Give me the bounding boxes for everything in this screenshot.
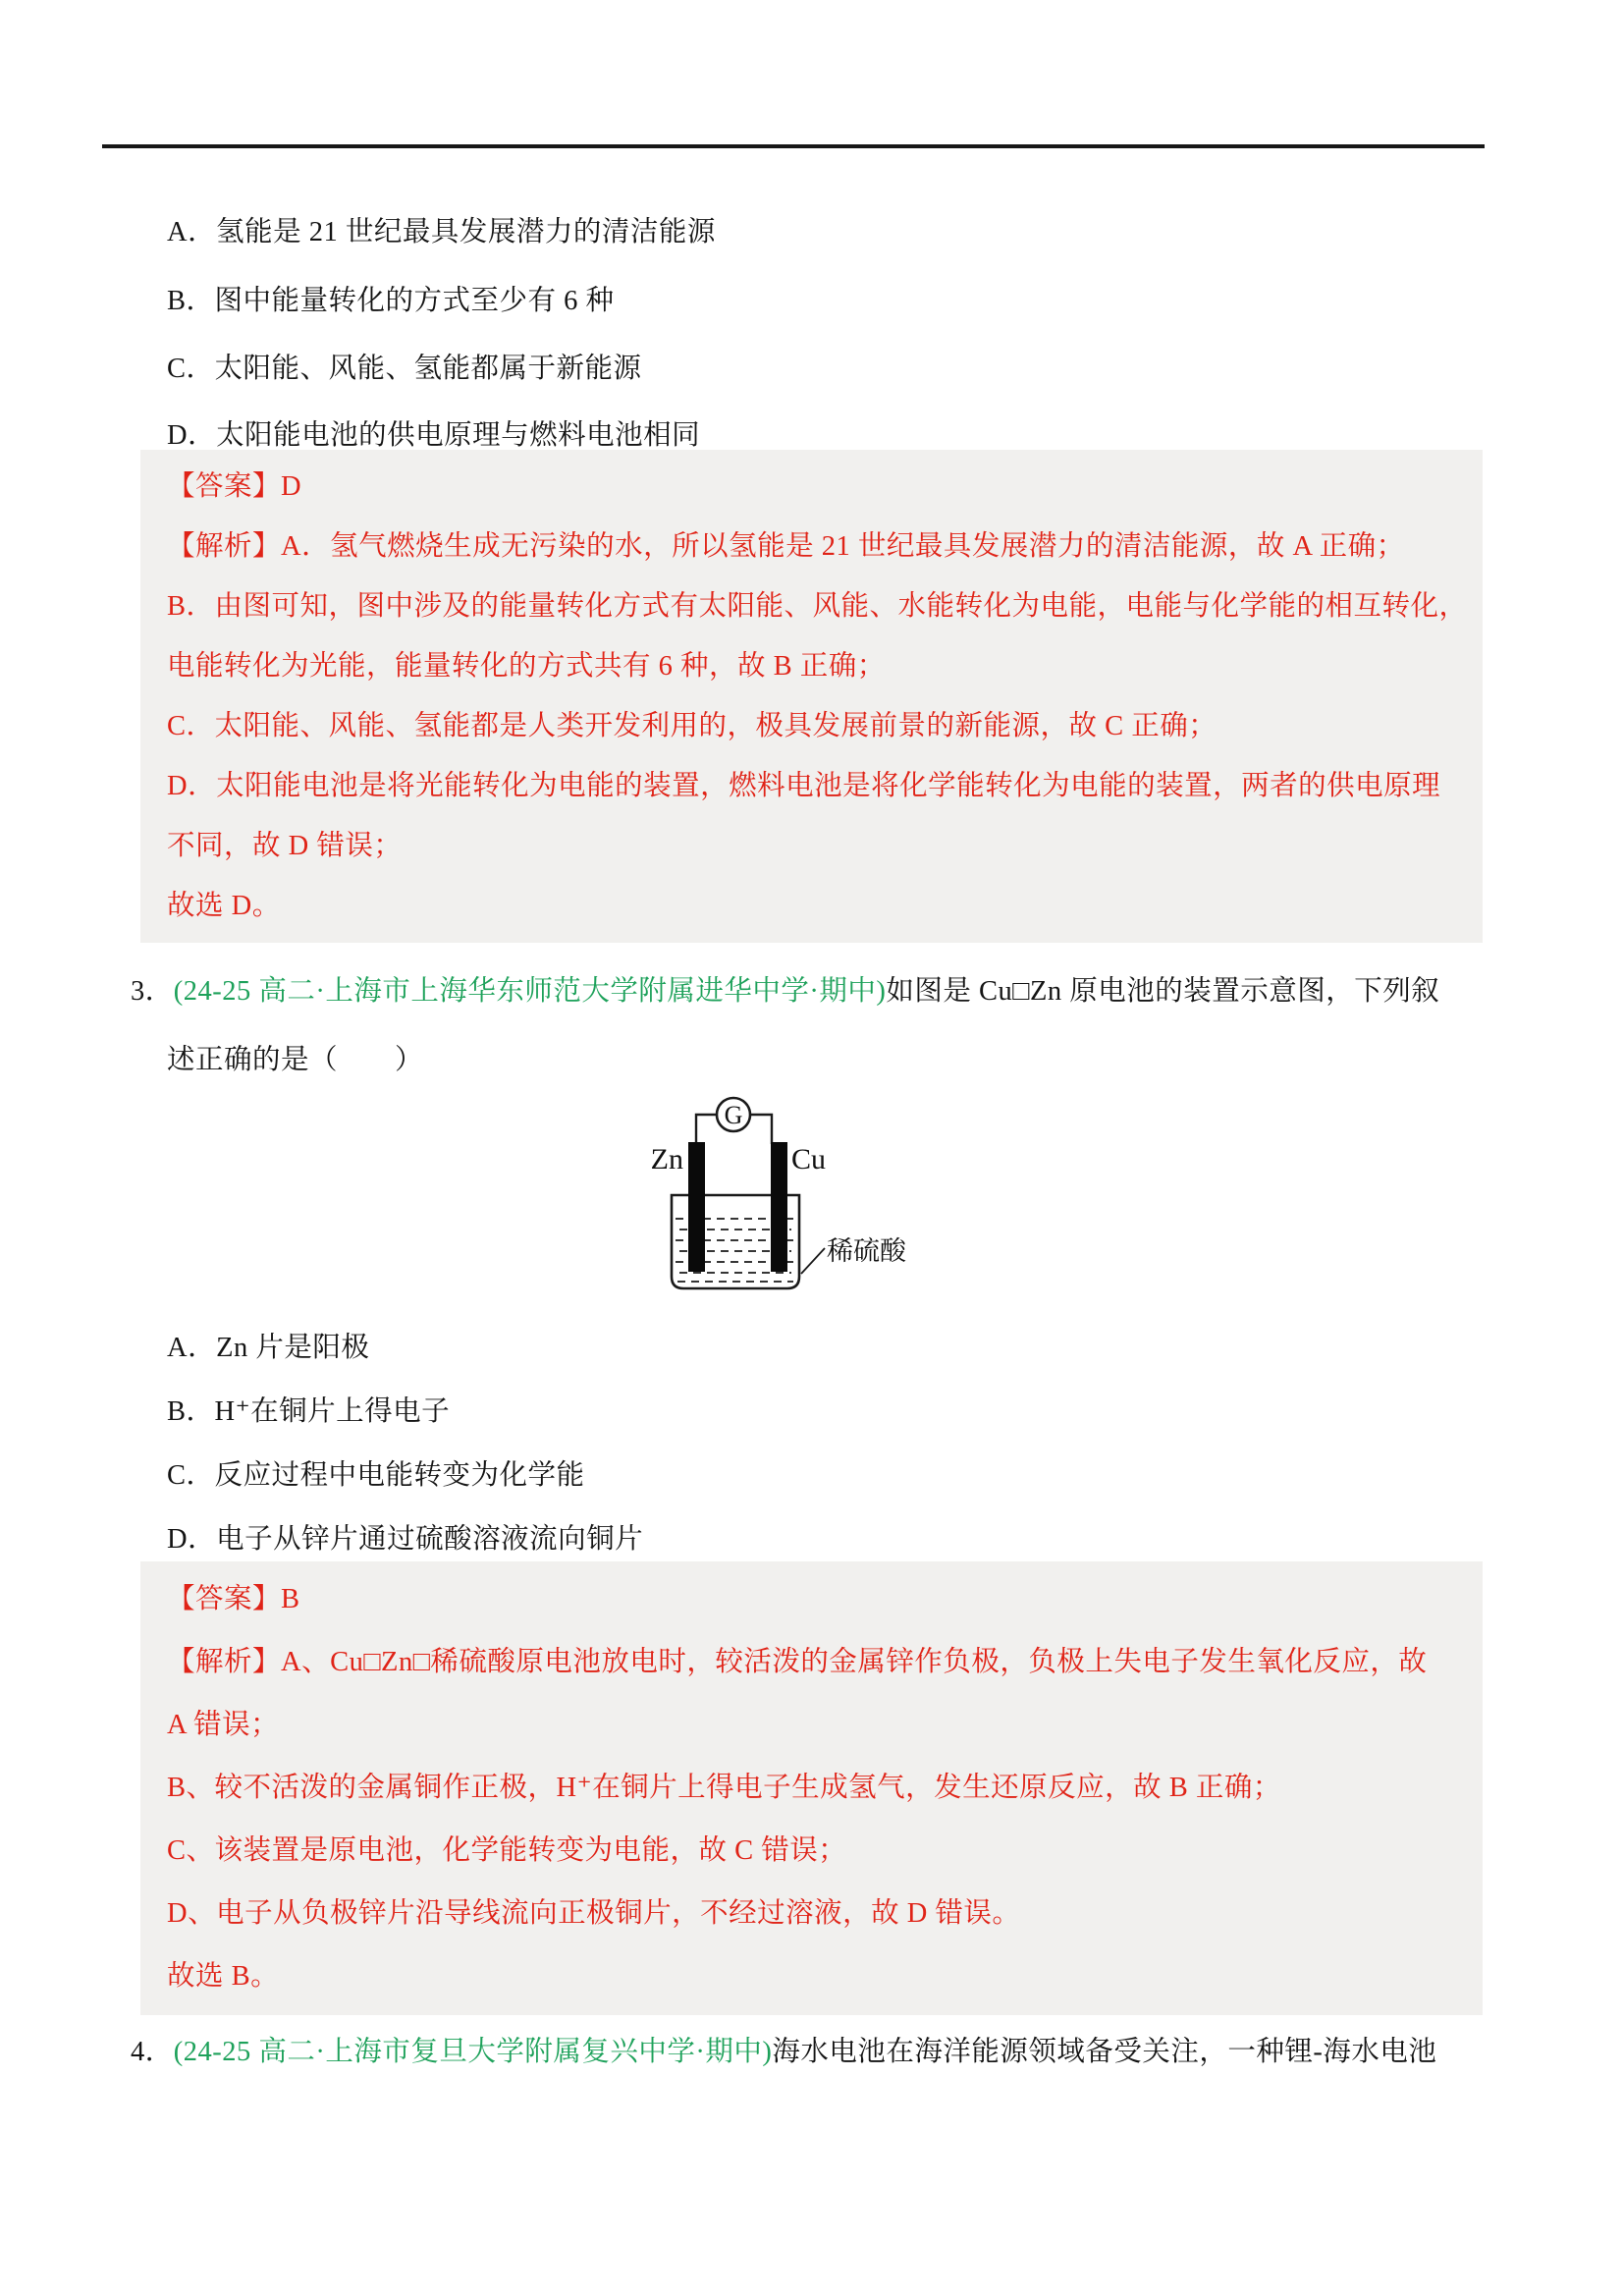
cu-electrode-label: Cu xyxy=(791,1143,826,1175)
q2-option-b: B．图中能量转化的方式至少有 6 种 xyxy=(167,282,615,321)
zn-electrode xyxy=(688,1142,705,1272)
solution-label: 稀硫酸 xyxy=(827,1236,907,1266)
q3-answer-line: 【答案】B xyxy=(140,1568,1483,1631)
q2-analysis-line: 电能转化为光能，能量转化的方式共有 6 种，故 B 正确； xyxy=(140,636,1483,696)
left-wire xyxy=(696,1115,717,1144)
q2-option-a: A．氢能是 21 世纪最具发展潜力的清洁能源 xyxy=(167,213,716,252)
q2-answer-block: 【答案】D 【解析】A．氢气燃烧生成无污染的水，所以氢能是 21 世纪最具发展潜… xyxy=(140,450,1483,943)
q2-analysis-line: 故选 D。 xyxy=(140,876,1483,936)
q3-analysis-line: 【解析】A、Cu□Zn□稀硫酸原电池放电时，较活泼的金属锌作负极，负极上失电子发… xyxy=(140,1631,1483,1694)
q2-analysis-line: B．由图可知，图中涉及的能量转化方式有太阳能、风能、水能转化为电能，电能与化学能… xyxy=(140,576,1483,636)
q3-stem-line1: 3．(24-25 高二·上海市上海华东师范大学附属进华中学·期中)如图是 Cu□… xyxy=(131,972,1439,1011)
cu-electrode xyxy=(771,1142,787,1272)
galvanic-cell-diagram: G Zn Cu 稀硫酸 xyxy=(589,1075,1001,1306)
q2-analysis-line: 【解析】A．氢气燃烧生成无污染的水，所以氢能是 21 世纪最具发展潜力的清洁能源… xyxy=(140,517,1483,576)
q2-answer-line: 【答案】D xyxy=(140,457,1483,517)
galvanometer-label: G xyxy=(725,1101,743,1129)
q3-stem-text: 如图是 Cu□Zn 原电池的装置示意图，下列叙 xyxy=(886,976,1439,1007)
q3-stem-line2: 述正确的是（ ） xyxy=(167,1041,423,1080)
q4-number: 4． xyxy=(131,2033,174,2072)
q4-stem-text: 海水电池在海洋能源领域备受关注，一种锂-海水电池 xyxy=(772,2037,1436,2067)
zn-electrode-label: Zn xyxy=(651,1143,683,1175)
document-page: A．氢能是 21 世纪最具发展潜力的清洁能源 B．图中能量转化的方式至少有 6 … xyxy=(0,0,1623,2296)
q4-source-citation: (24-25 高二·上海市复旦大学附属复兴中学·期中) xyxy=(174,2037,773,2067)
q2-analysis-line: C．太阳能、风能、氢能都是人类开发利用的，极具发展前景的新能源，故 C 正确； xyxy=(140,696,1483,756)
header-divider xyxy=(102,144,1485,148)
solution-pointer-line xyxy=(801,1248,825,1274)
q3-analysis-line: D、电子从负极锌片沿导线流向正极铜片，不经过溶液，故 D 错误。 xyxy=(140,1883,1483,1945)
q3-source-citation: (24-25 高二·上海市上海华东师范大学附属进华中学·期中) xyxy=(174,976,887,1007)
q3-option-a: A．Zn 片是阳极 xyxy=(167,1329,369,1368)
right-wire xyxy=(750,1115,772,1144)
q3-answer-block: 【答案】B 【解析】A、Cu□Zn□稀硫酸原电池放电时，较活泼的金属锌作负极，负… xyxy=(140,1561,1483,2015)
q3-analysis-line: C、该装置是原电池，化学能转变为电能，故 C 错误； xyxy=(140,1820,1483,1883)
q2-analysis-line: D．太阳能电池是将光能转化为电能的装置，燃料电池是将化学能转化为电能的装置，两者… xyxy=(140,756,1483,816)
q3-analysis-line: A 错误； xyxy=(140,1694,1483,1757)
q4-stem-line1: 4．(24-25 高二·上海市复旦大学附属复兴中学·期中)海水电池在海洋能源领域… xyxy=(131,2033,1436,2072)
q3-analysis-line: B、较不活泼的金属铜作正极，H⁺在铜片上得电子生成氢气，发生还原反应，故 B 正… xyxy=(140,1757,1483,1820)
q3-analysis-line: 故选 B。 xyxy=(140,1945,1483,2008)
q3-option-b: B．H⁺在铜片上得电子 xyxy=(167,1393,450,1432)
q3-number: 3． xyxy=(131,972,174,1011)
q3-option-d: D．电子从锌片通过硫酸溶液流向铜片 xyxy=(167,1520,643,1559)
q2-analysis-line: 不同，故 D 错误； xyxy=(140,816,1483,876)
q2-option-c: C．太阳能、风能、氢能都属于新能源 xyxy=(167,350,642,389)
q3-option-c: C．反应过程中电能转变为化学能 xyxy=(167,1456,585,1496)
